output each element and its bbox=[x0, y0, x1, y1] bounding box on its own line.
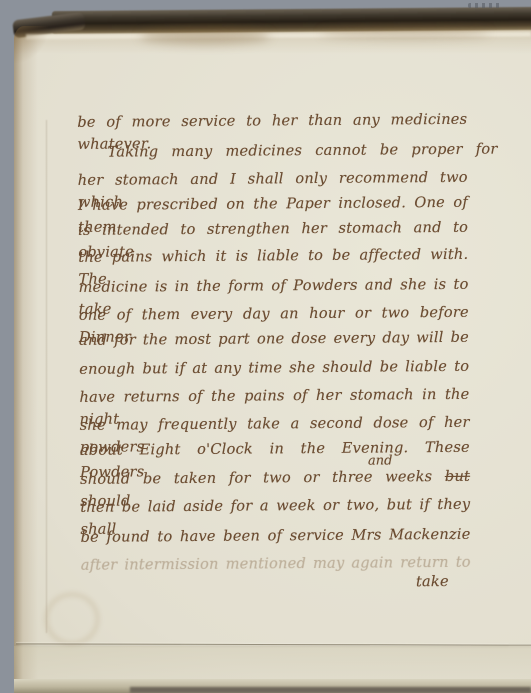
manuscript-line: have returns of the pains of her stomach… bbox=[79, 384, 469, 411]
manuscript-line: is intended to strengthen her stomach an… bbox=[78, 217, 468, 244]
manuscript-line: her stomach and I shall only recommend t… bbox=[78, 167, 468, 194]
amended-line-before: should be taken for two or three weeks bbox=[80, 468, 432, 488]
manuscript-line: then be laid aside for a week or two, bu… bbox=[80, 494, 470, 521]
manuscript-line: and for the most part one dose every day… bbox=[79, 327, 469, 354]
manuscript-line: one of them every day an hour or two bef… bbox=[79, 302, 469, 329]
manuscript-line: medicine is in the form of Powders and s… bbox=[79, 274, 469, 301]
manuscript-scan: be of more service to her than any medic… bbox=[0, 0, 531, 693]
manuscript-line-faint: after intermission mentioned may again r… bbox=[81, 552, 471, 579]
manuscript-line: she may frequently take a second dose of… bbox=[80, 412, 470, 439]
handwritten-text: be of more service to her than any medic… bbox=[0, 0, 531, 693]
manuscript-line-amended: should be taken for two or three weeks b… bbox=[80, 466, 470, 493]
manuscript-line: be found to have been of service Mrs Mac… bbox=[80, 524, 470, 551]
catchword: take bbox=[416, 571, 496, 596]
manuscript-line: be of more service to her than any medic… bbox=[77, 109, 467, 136]
manuscript-line: I have prescribed on the Paper inclosed.… bbox=[78, 192, 468, 219]
struck-word: but bbox=[445, 468, 470, 485]
manuscript-line: enough but if at any time she should be … bbox=[79, 356, 469, 383]
manuscript-line: Taking many medicines cannot be proper f… bbox=[77, 139, 497, 166]
manuscript-line: the pains which it is liable to be affec… bbox=[78, 244, 468, 271]
